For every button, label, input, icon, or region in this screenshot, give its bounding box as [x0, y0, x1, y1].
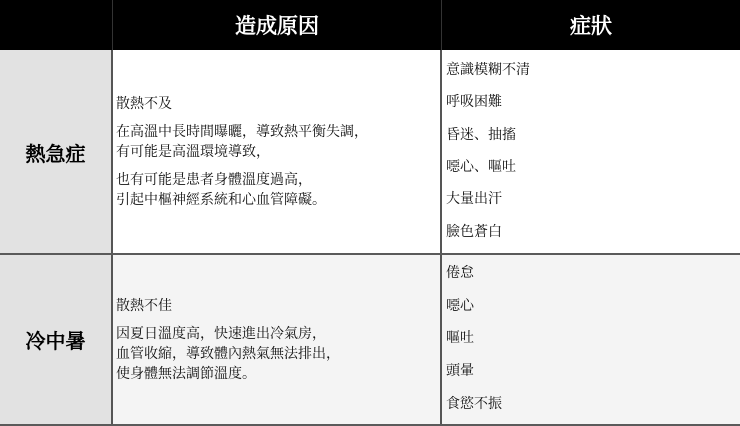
cause-cell: 散熱不及 在高溫中長時間曝曬，導致熱平衡失調， 有可能是高溫環境導致， 也有可能…: [116, 50, 436, 254]
cause-title: 散熱不佳: [116, 296, 436, 316]
table-row-cold-heatstroke: 冷中暑 散熱不佳 因夏日溫度高，快速進出冷氣房， 血管收縮，導致體內熱氣無法排出…: [0, 255, 740, 424]
cause-line: 使身體無法調節溫度。: [116, 366, 256, 382]
symptom-item: 大量出汗: [446, 189, 736, 209]
heatstroke-comparison-table: 造成原因 症狀 熱急症 散熱不及 在高溫中長時間曝曬，導致熱平衡失調， 有可能是…: [0, 0, 740, 426]
column-divider: [440, 255, 442, 424]
column-divider: [440, 50, 442, 254]
header-symptoms: 症狀: [442, 0, 740, 50]
symptom-item: 嘔吐: [446, 328, 736, 348]
cause-line: 因夏日溫度高，快速進出冷氣房，: [116, 326, 326, 342]
table-header: 造成原因 症狀: [0, 0, 740, 50]
cause-line: 也有可能是患者身體溫度過高，: [116, 172, 312, 188]
symptoms-cell: 意識模糊不清 呼吸困難 昏迷、抽搐 噁心、嘔吐 大量出汗 臉色蒼白: [446, 50, 736, 254]
cause-title: 散熱不及: [116, 94, 436, 114]
cause-paragraph: 也有可能是患者身體溫度過高， 引起中樞神經系統和心血管障礙。: [116, 170, 436, 210]
cause-paragraph: 在高溫中長時間曝曬，導致熱平衡失調， 有可能是高溫環境導致，: [116, 122, 436, 162]
symptom-item: 噁心、嘔吐: [446, 157, 736, 177]
column-divider: [111, 255, 113, 424]
cause-cell: 散熱不佳 因夏日溫度高，快速進出冷氣房， 血管收縮，導致體內熱氣無法排出， 使身…: [116, 255, 436, 424]
condition-label: 冷中暑: [0, 255, 111, 424]
header-cause: 造成原因: [113, 0, 441, 50]
symptom-item: 昏迷、抽搐: [446, 125, 736, 145]
symptom-item: 頭暈: [446, 361, 736, 381]
cause-line: 有可能是高溫環境導致，: [116, 144, 270, 160]
cause-line: 引起中樞神經系統和心血管障礙。: [116, 192, 326, 208]
symptom-item: 臉色蒼白: [446, 222, 736, 242]
symptom-item: 呼吸困難: [446, 92, 736, 112]
symptom-item: 倦怠: [446, 263, 736, 283]
symptoms-cell: 倦怠 噁心 嘔吐 頭暈 食慾不振: [446, 255, 736, 424]
symptom-item: 意識模糊不清: [446, 60, 736, 80]
cause-line: 血管收縮，導致體內熱氣無法排出，: [116, 346, 340, 362]
condition-label: 熱急症: [0, 50, 111, 254]
table-row-heat-emergency: 熱急症 散熱不及 在高溫中長時間曝曬，導致熱平衡失調， 有可能是高溫環境導致， …: [0, 50, 740, 254]
header-blank-cell: [0, 0, 112, 50]
symptom-item: 噁心: [446, 296, 736, 316]
column-divider: [111, 50, 113, 254]
cause-line: 在高溫中長時間曝曬，導致熱平衡失調，: [116, 124, 368, 140]
symptom-item: 食慾不振: [446, 394, 736, 414]
cause-paragraph: 因夏日溫度高，快速進出冷氣房， 血管收縮，導致體內熱氣無法排出， 使身體無法調節…: [116, 324, 436, 384]
